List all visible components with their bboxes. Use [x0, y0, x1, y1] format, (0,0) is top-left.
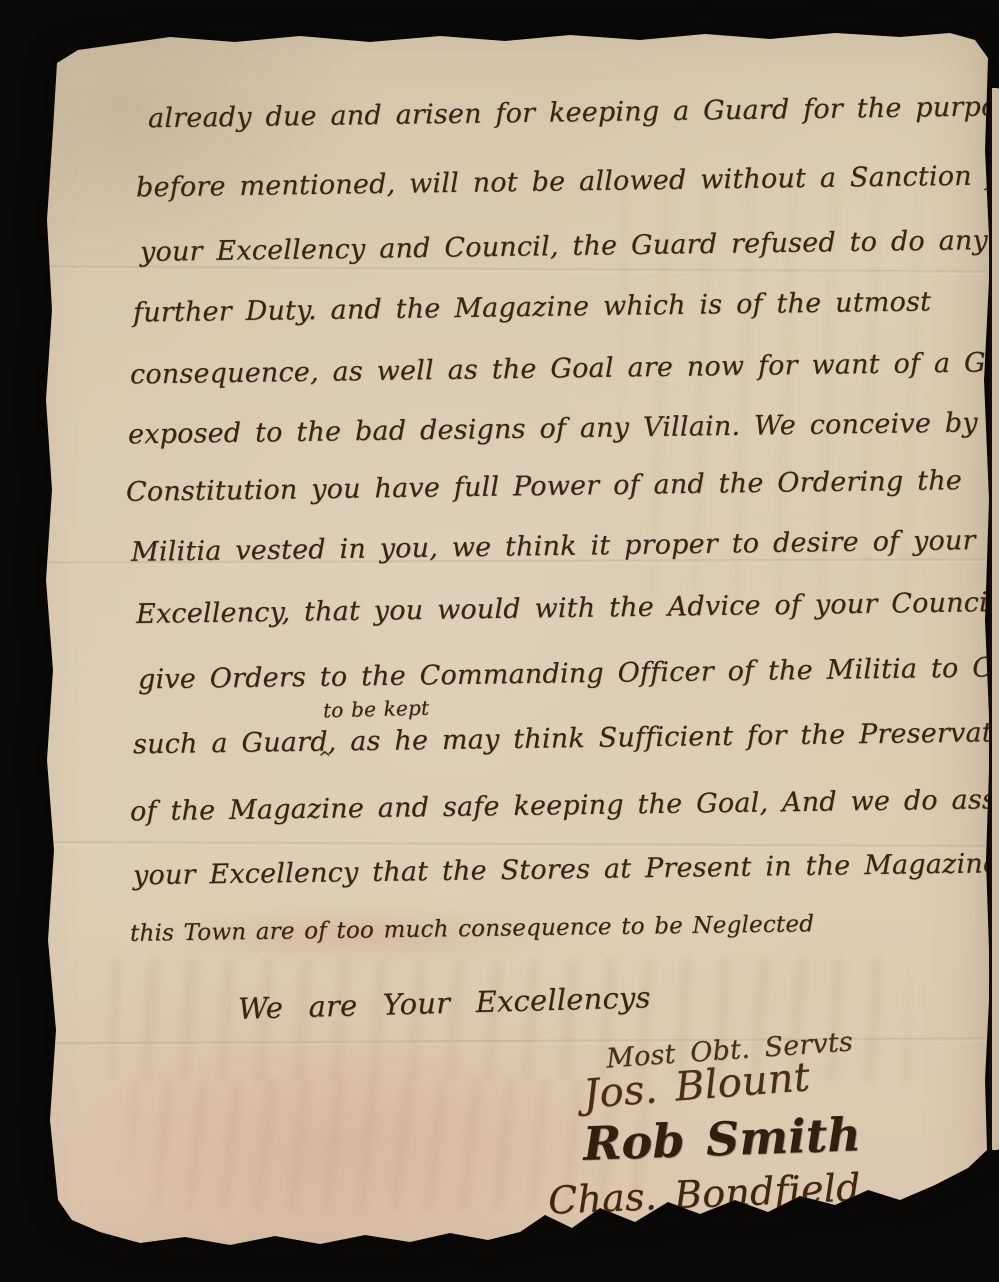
letter-line: of the Magazine and safe keeping the Goa… [130, 784, 999, 828]
letter-line: already due and arisen for keeping a Gua… [148, 91, 999, 134]
letter-line: Excellency, that you would with the Advi… [136, 587, 997, 630]
paper-shadow: already due and arisen for keeping a Gua… [0, 0, 999, 1282]
fold-crease [46, 841, 985, 849]
letter-line: give Orders to the Commanding Officer of… [138, 652, 999, 696]
letter-line: such a Guard, as he may think Sufficient… [133, 717, 999, 761]
letter-line: this Town are of too much consequence to… [130, 911, 814, 947]
signature: Rob Smith [582, 1107, 862, 1171]
closing-line: We are Your Excellencys [238, 980, 651, 1026]
letter-line: your Excellency that the Stores at Prese… [133, 848, 999, 892]
signature: Chas. Bondfield [547, 1165, 861, 1223]
letter-line: Militia vested in you, we think it prope… [131, 525, 976, 568]
letter-page: already due and arisen for keeping a Gua… [0, 0, 999, 1282]
letter-line: further Duty. and the Magazine which is … [133, 286, 931, 328]
scanned-letter-scene: already due and arisen for keeping a Gua… [0, 0, 999, 1282]
letter-line: consequence, as well as the Goal are now… [130, 347, 999, 391]
second-page-edge [989, 88, 999, 1150]
interlinear-insertion: to be kept [323, 696, 430, 723]
letter-line: Constitution you have full Power of and … [126, 465, 962, 508]
letter-line: exposed to the bad designs of any Villai… [128, 407, 999, 451]
paper-stain [70, 1040, 630, 1240]
letter-line: your Excellency and Council, the Guard r… [140, 225, 988, 268]
letter-line: before mentioned, will not be allowed wi… [136, 160, 999, 204]
